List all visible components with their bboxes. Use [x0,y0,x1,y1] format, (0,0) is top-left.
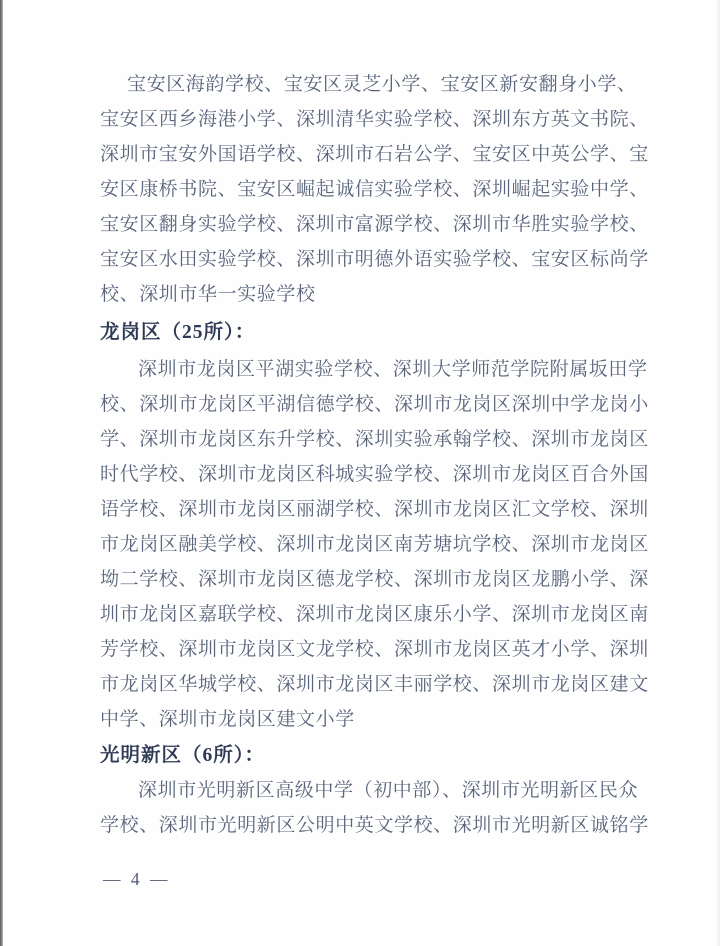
scanned-document-page: 宝安区海韵学校、宝安区灵芝小学、宝安区新安翻身小学、 宝安区西乡海港小学、深圳清… [0,0,720,946]
text-line: 市龙岗区华城学校、深圳市龙岗区丰丽学校、深圳市龙岗区建文 [100,667,660,702]
text-line: 学校、深圳市光明新区公明中英文学校、深圳市光明新区诚铭学 [100,808,660,843]
text-line: 芳学校、深圳市龙岗区文龙学校、深圳市龙岗区英才小学、深圳 [100,632,660,667]
text-line: 语学校、深圳市龙岗区丽湖学校、深圳市龙岗区汇文学校、深圳 [100,492,660,527]
text-line: 校、深圳市华一实验学校 [100,277,660,312]
heading-text: 光明新区（6所）： [100,738,660,773]
text-line: 市龙岗区融美学校、深圳市龙岗区南芳塘坑学校、深圳市龙岗区 [100,527,660,562]
text-line: 宝安区海韵学校、宝安区灵芝小学、宝安区新安翻身小学、 [100,67,660,102]
text-line: 宝安区水田实验学校、深圳市明德外语实验学校、宝安区标尚学 [100,242,660,277]
page-number: — 4 — [103,862,171,897]
section-heading-longgang: 龙岗区（25所）： [100,315,660,350]
text-line: 宝安区翻身实验学校、深圳市富源学校、深圳市华胜实验学校、 [100,207,660,242]
heading-text: 龙岗区（25所）： [100,315,660,350]
text-line: 深圳市龙岗区平湖实验学校、深圳大学师范学院附属坂田学 [100,352,660,387]
text-line: 时代学校、深圳市龙岗区科城实验学校、深圳市龙岗区百合外国 [100,457,660,492]
text-line: 深圳市光明新区高级中学（初中部）、深圳市光明新区民众 [100,773,660,808]
text-line: 校、深圳市龙岗区平湖信德学校、深圳市龙岗区深圳中学龙岗小 [100,387,660,422]
scan-edge-left [0,0,3,946]
section-heading-guangming: 光明新区（6所）： [100,738,660,773]
text-line: 圳市龙岗区嘉联学校、深圳市龙岗区康乐小学、深圳市龙岗区南 [100,597,660,632]
text-line: 中学、深圳市龙岗区建文小学 [100,702,660,737]
paragraph-guangming-schools: 深圳市光明新区高级中学（初中部）、深圳市光明新区民众 学校、深圳市光明新区公明中… [100,773,660,843]
scan-edge-right [716,0,720,946]
text-line: 宝安区西乡海港小学、深圳清华实验学校、深圳东方英文书院、 [100,102,660,137]
text-line: 学、深圳市龙岗区东升学校、深圳实验承翰学校、深圳市龙岗区 [100,422,660,457]
text-line: 坳二学校、深圳市龙岗区德龙学校、深圳市龙岗区龙鹏小学、深 [100,562,660,597]
paragraph-baoan-schools: 宝安区海韵学校、宝安区灵芝小学、宝安区新安翻身小学、 宝安区西乡海港小学、深圳清… [100,67,660,312]
text-line: 深圳市宝安外国语学校、深圳市石岩公学、宝安区中英公学、宝 [100,137,660,172]
paragraph-longgang-schools: 深圳市龙岗区平湖实验学校、深圳大学师范学院附属坂田学 校、深圳市龙岗区平湖信德学… [100,352,660,737]
text-line: 安区康桥书院、宝安区崛起诚信实验学校、深圳崛起实验中学、 [100,172,660,207]
